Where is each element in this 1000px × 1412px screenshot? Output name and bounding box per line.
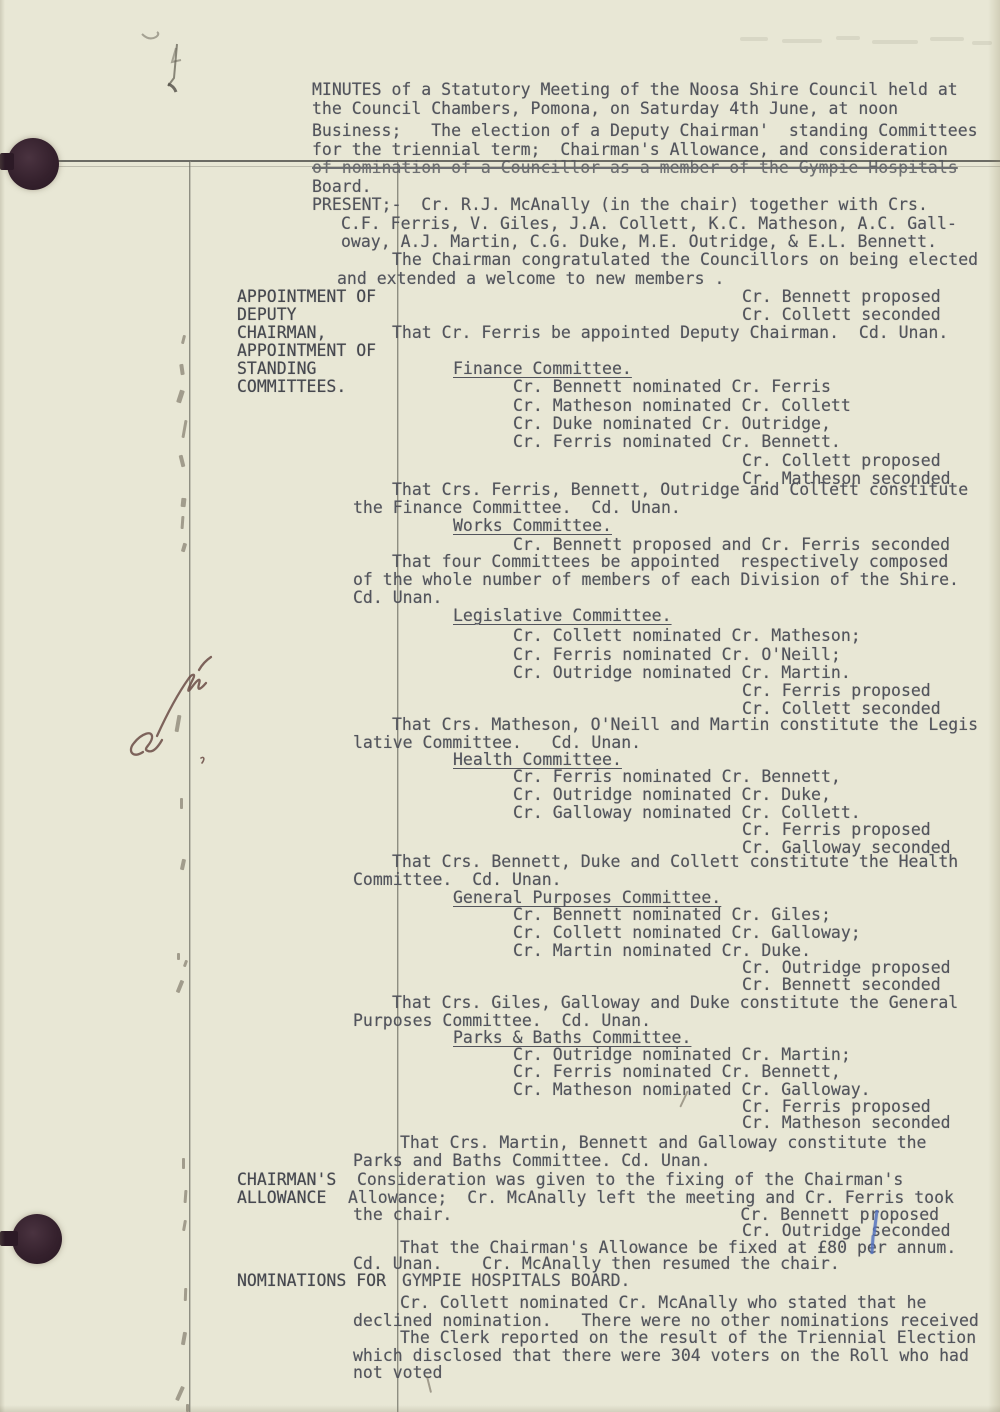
- document-line: Parks and Baths Committee. Cd. Unan.: [353, 1152, 711, 1169]
- document-line: which disclosed that there were 304 vote…: [353, 1347, 969, 1364]
- document-line: That Crs. Martin, Bennett and Galloway c…: [400, 1134, 927, 1151]
- document-line: the Council Chambers, Pomona, on Saturda…: [312, 100, 898, 117]
- pencil-tick: [183, 960, 188, 968]
- text-margin-rule: [397, 161, 399, 1412]
- document-line: of the whole number of members of each D…: [353, 571, 959, 588]
- document-line: Cr. Duke nominated Cr. Outridge,: [513, 415, 831, 432]
- document-line: Cr. Ferris nominated Cr. O'Neill;: [513, 646, 841, 663]
- document-line: declined nomination. There were no other…: [353, 1312, 979, 1329]
- document-line: Cr. Collett proposed: [742, 452, 941, 469]
- pencil-tick: [184, 1288, 187, 1301]
- margin-heading: STANDING: [237, 360, 316, 377]
- document-line: Purposes Committee. Cd. Unan.: [353, 1012, 651, 1029]
- document-line: Cr. Outridge proposed: [742, 959, 951, 976]
- document-line: MINUTES of a Statutory Meeting of the No…: [312, 81, 958, 98]
- document-line: General Purposes Committee.: [453, 889, 721, 906]
- document-line: Board.: [312, 178, 372, 195]
- pencil-tick: [179, 364, 184, 375]
- bleed-through-smudge: [872, 40, 918, 44]
- document-line: That Crs. Giles, Galloway and Duke const…: [392, 994, 958, 1011]
- document-line: C.F. Ferris, V. Giles, J.A. Collett, K.C…: [341, 215, 957, 232]
- document-line: Cr. Ferris proposed: [742, 682, 931, 699]
- document-line: and extended a welcome to new members .: [337, 270, 724, 287]
- document-line: Cr. Collett nominated Cr. Matheson;: [513, 627, 861, 644]
- pencil-top-marks: [130, 22, 220, 122]
- page-edge-left: [0, 0, 5, 1412]
- document-line: Cr. Matheson seconded: [742, 1114, 951, 1131]
- document-line: Consideration was given to the fixing of…: [357, 1171, 903, 1188]
- pencil-tick: [176, 980, 185, 994]
- document-line: That four Committees be appointed respec…: [392, 553, 948, 570]
- document-line: Parks & Baths Committee.: [453, 1029, 691, 1046]
- document-line: Cr. Bennett nominated Cr. Giles;: [513, 906, 831, 923]
- left-margin-rule: [189, 161, 191, 1412]
- document-line: oway, A.J. Martin, C.G. Duke, M.E. Outri…: [341, 233, 937, 250]
- hole-punch-bottom: [12, 1214, 62, 1264]
- document-line: Cr. Ferris nominated Cr. Bennett,: [513, 768, 841, 785]
- document-line: Cr. Collett nominated Cr. McAnally who s…: [400, 1294, 927, 1311]
- document-line: Business; The election of a Deputy Chair…: [312, 122, 978, 139]
- pencil-initials: [115, 640, 225, 780]
- document-line: That Crs. Bennett, Duke and Collett cons…: [392, 853, 958, 870]
- document-line: Cr. Outridge nominated Cr. Martin.: [513, 664, 851, 681]
- pencil-tick: [181, 498, 187, 507]
- pencil-tick: [180, 859, 186, 871]
- margin-heading: ALLOWANCE: [237, 1189, 326, 1206]
- document-line: GYMPIE HOSPITALS BOARD.: [402, 1272, 630, 1289]
- document-line: Cr. Matheson nominated Cr. Collett: [513, 397, 851, 414]
- document-line: Cr. Ferris nominated Cr. Bennett.: [513, 433, 841, 450]
- bleed-through-smudge: [836, 36, 860, 40]
- document-line: Legislative Committee.: [453, 607, 672, 624]
- document-line: Cd. Unan.: [353, 589, 442, 606]
- document-line: The Clerk reported on the result of the …: [400, 1329, 976, 1346]
- pencil-tick: [182, 1158, 185, 1169]
- document-line: Committee. Cd. Unan.: [353, 871, 562, 888]
- document-line: of nomination of a Councillor as a membe…: [312, 159, 958, 176]
- pencil-tick: [181, 516, 185, 529]
- pencil-tick: [181, 335, 186, 344]
- bleed-through-smudge: [782, 39, 822, 43]
- pencil-tick: [181, 543, 187, 553]
- margin-heading: COMMITTEES.: [237, 378, 346, 395]
- document-line: That Crs. Matheson, O'Neill and Martin c…: [392, 716, 978, 733]
- margin-heading: APPOINTMENT OF: [237, 288, 376, 305]
- document-line: Works Committee.: [453, 517, 612, 534]
- bleed-through-smudge: [930, 37, 964, 41]
- document-line: The Chairman congratulated the Councillo…: [392, 251, 978, 268]
- document-line: Cr. Collett nominated Cr. Galloway;: [513, 924, 861, 941]
- document-line: That Crs. Ferris, Bennett, Outridge and …: [392, 481, 968, 498]
- page-edge-right: [988, 0, 1000, 1412]
- margin-heading: CHAIRMAN,: [237, 324, 326, 341]
- pencil-tick: [181, 1332, 187, 1345]
- bleed-through-smudge: [740, 37, 768, 41]
- document-line: not voted: [353, 1364, 442, 1381]
- document-line: Cr. Outridge nominated Cr. Martin;: [513, 1046, 851, 1063]
- margin-heading: APPOINTMENT OF: [237, 342, 376, 359]
- document-line: Cr. Outridge nominated Cr. Duke,: [513, 786, 831, 803]
- margin-heading: CHAIRMAN'S: [237, 1171, 336, 1188]
- document-line: for the triennial term; Chairman's Allow…: [312, 141, 948, 158]
- pencil-tick: [181, 420, 187, 438]
- document-line: Cr. Bennett proposed: [742, 288, 941, 305]
- document-line: Cr. Outridge seconded: [742, 1222, 951, 1239]
- document-line: Allowance; Cr. McAnally left the meeting…: [348, 1189, 954, 1206]
- pencil-tick: [180, 798, 183, 809]
- pencil-tick: [176, 390, 185, 404]
- scanned-minutes-page: MINUTES of a Statutory Meeting of the No…: [0, 0, 1000, 1412]
- document-line: Cr. Matheson nominated Cr. Galloway.: [513, 1081, 871, 1098]
- document-line: Cr. Collett seconded: [742, 306, 941, 323]
- document-line: That Cr. Ferris be appointed Deputy Chai…: [392, 324, 948, 341]
- page-edge-bottom: [0, 1405, 1000, 1412]
- document-line: Cr. Ferris nominated Cr. Bennett,: [513, 1063, 841, 1080]
- document-line: PRESENT;- Cr. R.J. McAnally (in the chai…: [312, 196, 928, 213]
- document-line: Cr. Bennett seconded: [742, 976, 941, 993]
- hole-punch-top: [7, 138, 59, 190]
- pencil-tick: [179, 455, 186, 468]
- margin-heading: DEPUTY: [237, 306, 297, 323]
- pencil-tick: [177, 953, 180, 960]
- document-line: Cr. Martin nominated Cr. Duke.: [513, 942, 811, 959]
- margin-heading: NOMINATIONS FOR: [237, 1272, 386, 1289]
- pencil-tick: [184, 1190, 188, 1203]
- document-line: Cr. Galloway nominated Cr. Collett.: [513, 804, 861, 821]
- document-line: lative Committee. Cd. Unan.: [353, 734, 641, 751]
- document-line: Cr. Bennett nominated Cr. Ferris: [513, 378, 831, 395]
- document-line: Health Committee.: [453, 751, 622, 768]
- pencil-tick: [175, 1386, 185, 1401]
- document-line: Cd. Unan. Cr. McAnally then resumed the …: [353, 1255, 840, 1272]
- document-line: Cr. Ferris proposed: [742, 821, 931, 838]
- document-line: Finance Committee.: [453, 360, 632, 377]
- pencil-tick: [182, 1220, 187, 1231]
- document-line: the Finance Committee. Cd. Unan.: [353, 499, 681, 516]
- document-line: Cr. Bennett proposed and Cr. Ferris seco…: [513, 536, 950, 553]
